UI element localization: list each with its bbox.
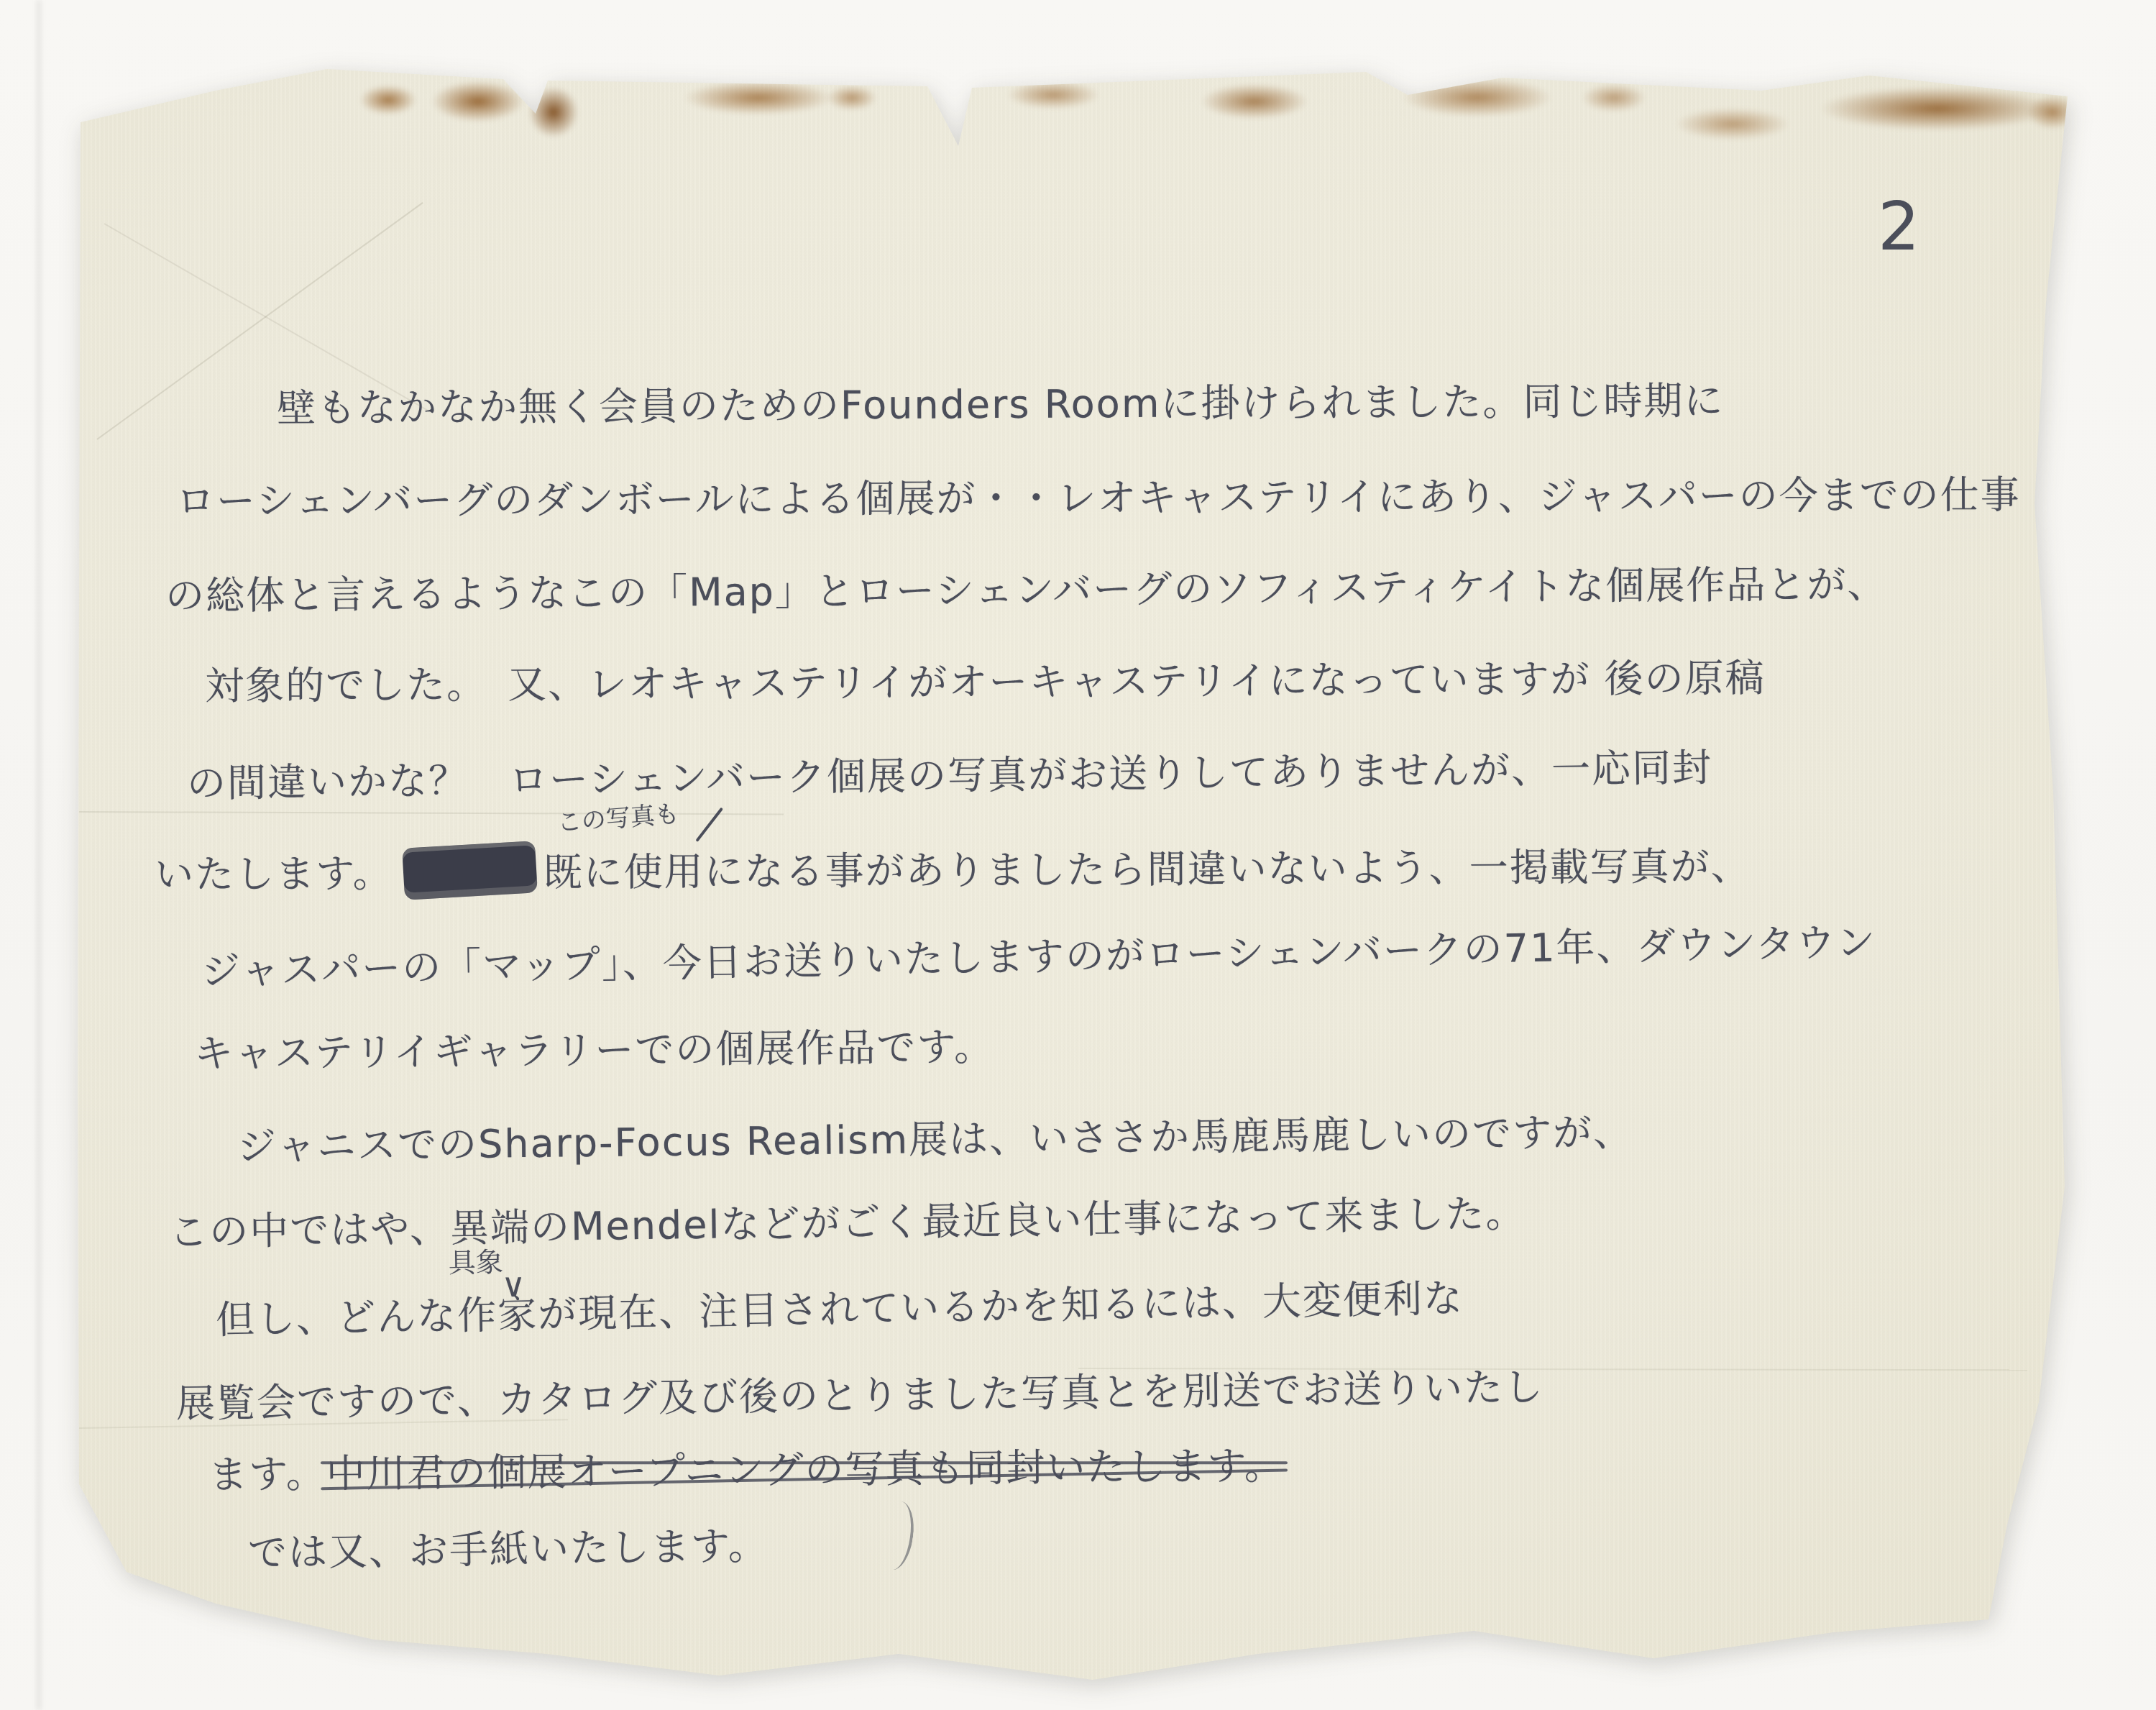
letter-line: の間違いかな？ ローシェンバーク個展の写真がお送りしてありませんが、一応同封 bbox=[187, 737, 1713, 808]
letter-line: キャステリイギャラリーでの個展作品です。 bbox=[194, 1016, 995, 1079]
struck-through-text: 中川君の個展オープニングの写真も同封いたします。 bbox=[326, 1435, 1285, 1499]
letter-line: ジャニスでのSharp-Focus Realism展は、いささか馬鹿馬鹿しいので… bbox=[237, 1102, 1634, 1171]
line-text: 但し、どんな bbox=[216, 1293, 458, 1343]
stain-mark bbox=[1402, 78, 1553, 117]
letter-line-with-insertion: いたします。既に使用になる事がありましたら間違いないよう、一掲載写真が、 この写… bbox=[155, 836, 1751, 900]
letter-page: 2 壁もなかなか無く会員のためのFounders Roomに掛けられました。同じ… bbox=[0, 0, 2156, 1710]
letter-line: では又、お手紙いたします。 bbox=[247, 1515, 769, 1578]
stain-mark bbox=[359, 85, 417, 115]
letter-line: 対象的でした。 又、レオキャステリイがオーキャステリイになっていますが 後の原稿 bbox=[205, 647, 1766, 710]
stain-mark bbox=[1582, 83, 1646, 112]
stain-mark bbox=[528, 86, 579, 138]
stain-mark bbox=[1006, 81, 1100, 109]
stain-mark bbox=[1201, 83, 1308, 119]
stain-mark bbox=[2027, 95, 2078, 129]
letter-line-with-strikethrough: ます。中川君の個展オープニングの写真も同封いたします。 bbox=[208, 1435, 1285, 1499]
letter-line: この中ではや、異端のMendelなどがごく最近良い仕事になって来ました。 bbox=[169, 1183, 1526, 1257]
scribbled-out-word bbox=[402, 841, 538, 900]
line-text: 既に使用になる事がありましたら間違いないよう、一掲載写真が、 bbox=[543, 843, 1751, 895]
stain-mark bbox=[1819, 86, 2056, 131]
line-text: 作家が現在、注目されているかを知るには、大変便利な bbox=[457, 1276, 1464, 1338]
letter-line: 展覧会ですので、カタログ及び後のとりました写真とを別送でお送りいたし bbox=[176, 1356, 1545, 1428]
letter-line: ローシェンバーグのダンボールによる個展が・・レオキャステリイにあり、ジャスパーの… bbox=[176, 465, 2021, 526]
insertion-caret-icon: ∨ bbox=[501, 1266, 528, 1305]
page-number: 2 bbox=[1878, 188, 1920, 265]
line-text: いたします。 bbox=[155, 851, 393, 897]
stray-pen-mark bbox=[881, 1500, 918, 1572]
letter-line: の総体と言えるようなこの「Map」とローシェンバーグのソフィスティケイトな個展作… bbox=[165, 554, 1888, 621]
stain-mark bbox=[431, 81, 525, 122]
line-text: ます。 bbox=[208, 1451, 326, 1497]
letter-line: 壁もなかなか無く会員のためのFounders Roomに掛けられました。同じ時期… bbox=[277, 370, 1725, 434]
insertion-caret-icon bbox=[695, 808, 723, 842]
letter-line: ジャスパーの「マップ」、今日お送りいたしますのがローシェンバークの71年、ダウン… bbox=[201, 912, 1877, 997]
scanned-letter: 2 壁もなかなか無く会員のためのFounders Roomに掛けられました。同じ… bbox=[0, 0, 2156, 1710]
letter-line-with-insertion: 但し、どんな作家が現在、注目されているかを知るには、大変便利な 具象 ∨ bbox=[215, 1268, 1464, 1345]
stain-mark bbox=[827, 85, 877, 111]
stain-mark bbox=[683, 81, 834, 115]
stain-mark bbox=[1675, 108, 1790, 140]
inserted-annotation: 具象 bbox=[448, 1240, 503, 1280]
